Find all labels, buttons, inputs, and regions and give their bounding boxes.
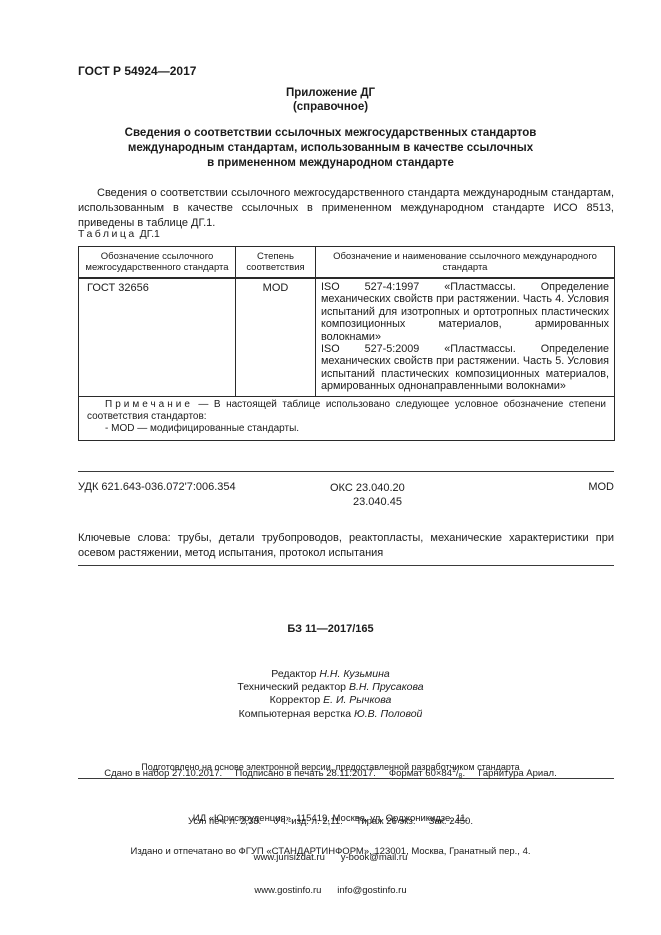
divider-above-udk (78, 471, 614, 472)
cell-degree: MOD (236, 278, 316, 396)
table-note-text: Примечание — В настоящей таблице использ… (87, 399, 606, 424)
iso-standard-1: ISO 527-4:1997 «Пластмассы. Определение … (321, 281, 609, 343)
note-label: Примечание (105, 399, 193, 410)
annex-heading: Приложение ДГ (справочное) (0, 86, 661, 114)
credit-name: Ю.В. Половой (354, 708, 422, 720)
divider-below-keywords (78, 565, 614, 566)
credits-block: Редактор Н.Н. Кузьмина Технический редак… (0, 668, 661, 721)
credit-role: Редактор (271, 668, 319, 680)
iso-standard-2: ISO 527-5:2009 «Пластмассы. Определение … (321, 343, 609, 393)
credit-role: Технический редактор (237, 681, 349, 693)
credit-name: Е. И. Рычкова (323, 694, 391, 706)
bz-number: БЗ 11—2017/165 (0, 623, 661, 635)
keywords-paragraph: Ключевые слова: трубы, детали трубопрово… (78, 531, 614, 561)
publisher2-address: Издано и отпечатано во ФГУП «СТАНДАРТИНФ… (0, 845, 661, 858)
page-title: Сведения о соответствии ссылочных межгос… (0, 126, 661, 171)
credit-name: В.Н. Прусакова (349, 681, 424, 693)
note-item-mod: - MOD — модифицированные стандарты. (105, 423, 606, 435)
header-international-designation: Обозначение и наименование ссылочного ме… (316, 247, 615, 279)
divider-above-publisher (78, 778, 614, 779)
page-title-line3: в примененном международном стандарте (0, 156, 661, 171)
cell-gost-number: ГОСТ 32656 (79, 278, 236, 396)
table-caption-word: Таблица (78, 228, 137, 240)
correspondence-table: Обозначение ссылочного межгосударственно… (78, 246, 615, 441)
table-caption: Таблица ДГ.1 (78, 228, 160, 240)
page-title-line2: международным стандартам, использованным… (0, 141, 661, 156)
credit-corrector: Корректор Е. И. Рычкова (0, 694, 661, 707)
document-page: ГОСТ Р 54924—2017 Приложение ДГ (справоч… (0, 0, 661, 935)
credit-editor: Редактор Н.Н. Кузьмина (0, 668, 661, 681)
header-degree: Степень соответствия (236, 247, 316, 279)
publisher2-contacts: www.gostinfo.ru info@gostinfo.ru (0, 884, 661, 897)
credit-role: Компьютерная верстка (239, 708, 354, 720)
annex-kind: (справочное) (0, 100, 661, 114)
cell-iso-standards: ISO 527-4:1997 «Пластмассы. Определение … (316, 278, 615, 396)
table-caption-number: ДГ.1 (140, 228, 160, 240)
credit-technical-editor: Технический редактор В.Н. Прусакова (0, 681, 661, 694)
page-title-line1: Сведения о соответствии ссылочных межгос… (0, 126, 661, 141)
table-header-row: Обозначение ссылочного межгосударственно… (79, 247, 615, 279)
credit-role: Корректор (270, 694, 323, 706)
table-note-row: Примечание — В настоящей таблице использ… (79, 396, 615, 440)
header-gost-designation: Обозначение ссылочного межгосударственно… (79, 247, 236, 279)
doc-number: ГОСТ Р 54924—2017 (78, 64, 196, 78)
mod-mark: MOD (78, 481, 614, 493)
prepared-note: Подготовлено на основе электронной верси… (0, 762, 661, 772)
table-note-cell: Примечание — В настоящей таблице использ… (79, 396, 615, 440)
credit-name: Н.Н. Кузьмина (319, 668, 389, 680)
intro-paragraph: Сведения о соответствии ссылочного межго… (78, 186, 614, 231)
annex-label: Приложение ДГ (0, 86, 661, 100)
oks-line2: 23.040.45 (330, 495, 405, 509)
table-row: ГОСТ 32656 MOD ISO 527-4:1997 «Пластмасс… (79, 278, 615, 396)
credit-layout: Компьютерная верстка Ю.В. Половой (0, 708, 661, 721)
publisher-standartinform: Издано и отпечатано во ФГУП «СТАНДАРТИНФ… (0, 819, 661, 923)
